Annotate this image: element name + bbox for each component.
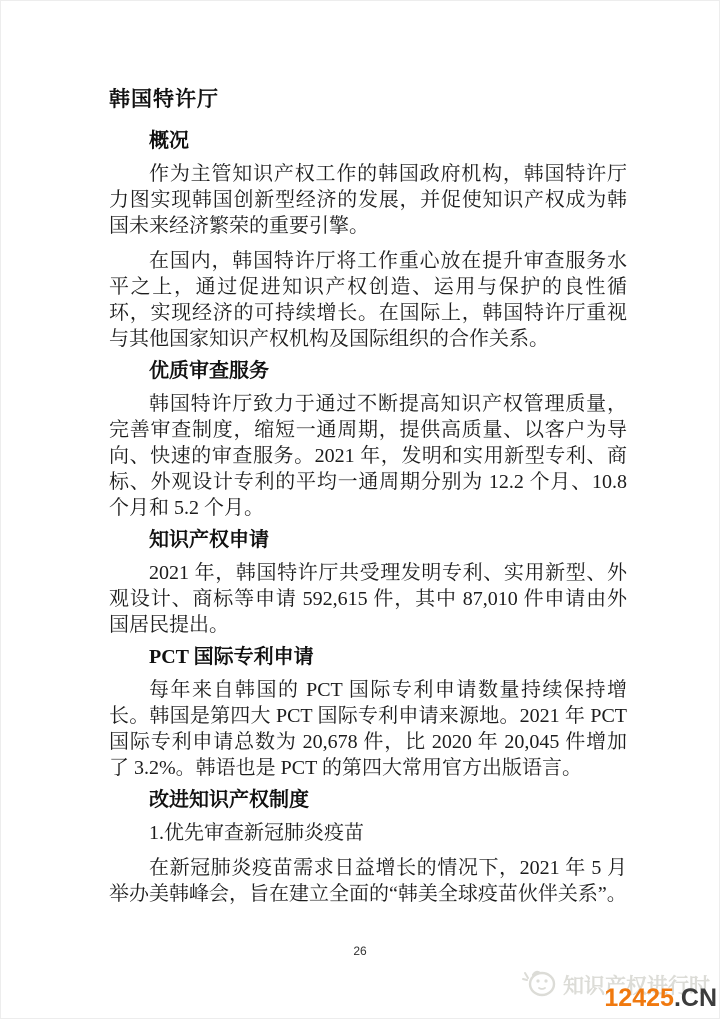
watermark: 知识产权进行时 12425.CN (521, 967, 717, 1013)
body-paragraph: 韩国特许厅致力于通过不断提高知识产权管理质量，完善审查制度，缩短一通周期，提供高… (109, 391, 627, 521)
body-paragraph: 2021 年，韩国特许厅共受理发明专利、实用新型、外观设计、商标等申请 592,… (109, 560, 627, 638)
document-content: 韩国特许厅 概况作为主管知识产权工作的韩国政府机构，韩国特许厅力图实现韩国创新型… (1, 1, 719, 907)
section-subheading: 1.优先审查新冠肺炎疫苗 (109, 820, 627, 846)
body-paragraph: 每年来自韩国的 PCT 国际专利申请数量持续保持增长。韩国是第四大 PCT 国际… (109, 677, 627, 781)
page-number: 26 (1, 944, 719, 958)
section-heading: 优质审查服务 (109, 361, 627, 382)
body-paragraph: 作为主管知识产权工作的韩国政府机构，韩国特许厅力图实现韩国创新型经济的发展，并促… (109, 161, 627, 239)
watermark-brand: 12425.CN (604, 984, 717, 1013)
section-heading: PCT 国际专利申请 (109, 647, 627, 668)
section-heading: 知识产权申请 (109, 530, 627, 551)
section-heading: 概况 (109, 131, 627, 152)
mascot-face-icon (521, 967, 559, 1002)
document-sections: 概况作为主管知识产权工作的韩国政府机构，韩国特许厅力图实现韩国创新型经济的发展，… (109, 131, 627, 907)
watermark-brand-suffix: .CN (674, 984, 717, 1012)
watermark-brand-number: 12425 (604, 984, 674, 1012)
section-heading: 改进知识产权制度 (109, 790, 627, 811)
page-title: 韩国特许厅 (109, 88, 627, 110)
body-paragraph: 在国内，韩国特许厅将工作重心放在提升审查服务水平之上，通过促进知识产权创造、运用… (109, 248, 627, 352)
document-page: { "doc": { "title": "韩国特许厅", "page_numbe… (0, 0, 720, 1019)
body-paragraph: 在新冠肺炎疫苗需求日益增长的情况下，2021 年 5 月举办美韩峰会，旨在建立全… (109, 855, 627, 907)
